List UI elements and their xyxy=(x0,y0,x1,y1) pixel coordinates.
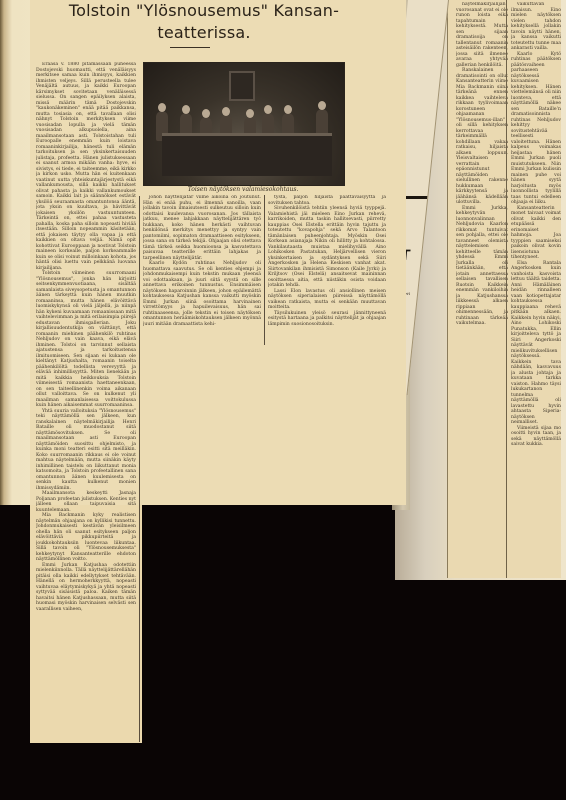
column-rule xyxy=(264,195,265,345)
paragraph: Erääsä v. 1880 pitämässään puheessa Dost… xyxy=(36,62,136,271)
paragraph: Mia Backmanin kyky realistisen näytelmän… xyxy=(36,513,136,563)
headline-line-1: Tolstoin "Ylösnousemus" Kansan- xyxy=(34,0,374,22)
paragraph: Maailmansota keskeytti Jasnaja Poljanan … xyxy=(36,491,136,513)
paragraph: tystä, paljon hiljaista päättäväisyyttä … xyxy=(268,195,386,206)
paragraph: Täysilukuinen yleisö seurasi jännittynee… xyxy=(268,311,386,328)
paragraph: Lassi Elon lavastus oli ansiollinen meis… xyxy=(268,289,386,311)
article-column-1: Erääsä v. 1880 pitämässään puheessa Dost… xyxy=(36,62,136,740)
paragraph: Yhtä suuria valloituksia "Ylösnousemus" … xyxy=(36,409,136,492)
paragraph: johon näyttelijätär viime aikoina on jou… xyxy=(143,195,261,261)
headline-rule xyxy=(170,47,210,48)
photo-caption: Toisen näytöksen valamiesokohtaus. xyxy=(143,186,343,193)
paragraph: Kansanteatterin monet taivaat voimat oli… xyxy=(511,206,561,261)
paragraph: Ranskalainen dramatisointi on ollut Kans… xyxy=(456,68,508,206)
right-clipping-column-1: näytelmäkirjailijan vuorosanat ovat ei o… xyxy=(456,2,508,577)
paragraph: Sivuhenkilöistä tehtiin yleensä hyviä ty… xyxy=(268,206,386,289)
headline-line-2: teatterissa. xyxy=(34,22,374,44)
paragraph: Tolstoin viimeinen suurromaani "Ylösnous… xyxy=(36,271,136,409)
paragraph: Elsa Rantala Angerkosken kuin vanhoista … xyxy=(511,261,561,426)
paragraph: Kaarlo Kytö ruhtinas päätöksen päätösvai… xyxy=(511,52,561,206)
article-photo xyxy=(143,62,345,186)
column-rule xyxy=(139,196,140,742)
jury-table xyxy=(162,133,332,176)
paragraph: Viimeistä sijaa mo osoitti hyvin taan, j… xyxy=(511,426,561,448)
paragraph: Emmi Jurkka, kehkeytyvän luonnonvalinnan… xyxy=(456,206,508,327)
wall-portrait xyxy=(229,71,255,101)
paragraph: näytelmäkirjailijan vuorosanat ovat ei o… xyxy=(456,2,508,68)
article-headline: Tolstoin "Ylösnousemus" Kansan- teatteri… xyxy=(34,0,374,44)
right-clipping-column-2-container: vaikuttavan ilmaisun. Eino mielen näytök… xyxy=(506,0,563,578)
paragraph: Kaarlo Kydön ruhtinas Nehljudov oli huom… xyxy=(143,261,261,327)
paragraph: Emmi Jurkan Katjushaa odotettiin mielenk… xyxy=(36,563,136,613)
paragraph: vaikuttavan ilmaisun. Eino mielen näytök… xyxy=(511,2,561,52)
right-clipping-column-2: vaikuttavan ilmaisun. Eino mielen näytök… xyxy=(511,2,561,577)
article-column-2: johon näyttelijätär viime aikoina on jou… xyxy=(143,195,261,345)
article-column-3: tystä, paljon hiljaista päättäväisyyttä … xyxy=(268,195,386,345)
